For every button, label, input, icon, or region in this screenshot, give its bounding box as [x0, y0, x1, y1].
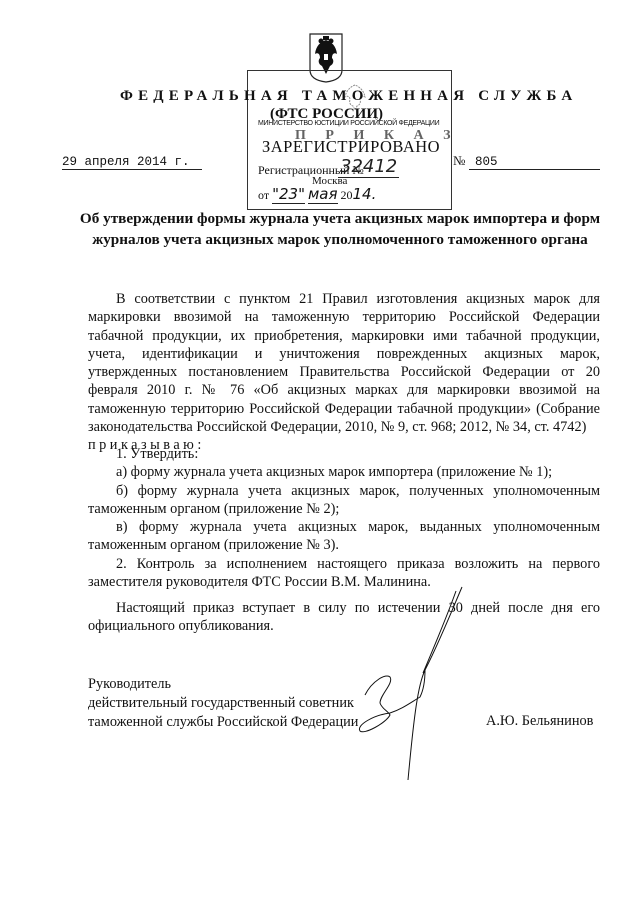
order-items: 1. Утвердить: а) форму журнала учета акц… [88, 445, 600, 591]
stamp-date-day: "23" [272, 185, 305, 204]
organization-name: ФЕДЕРАЛЬНАЯ ТАМОЖЕННАЯ СЛУЖБА [120, 88, 550, 105]
preamble-section: В соответствии с пунктом 21 Правил изгот… [88, 290, 600, 455]
signer-name: А.Ю. Бельянинов [486, 713, 593, 730]
stamp-registration-date: от "23" мая 2014. [258, 185, 376, 203]
signer-title: Руководитель действительный государствен… [88, 675, 358, 732]
stamp-ministry: МИНИСТЕРСТВО ЮСТИЦИИ РОССИЙСКОЙ ФЕДЕРАЦИ… [258, 120, 439, 127]
order-item-2: 2. Контроль за исполнением настоящего пр… [88, 555, 600, 592]
signer-title-line-2: действительный государственный советник [88, 694, 358, 713]
order-date: 29 апреля 2014 г. [62, 155, 202, 170]
stamp-status: ЗАРЕГИСТРИРОВАНО [262, 137, 440, 157]
final-paragraph: Настоящий приказ вступает в силу по исте… [88, 599, 600, 636]
signer-title-line-1: Руководитель [88, 675, 358, 694]
document-title: Об утверждении формы журнала учета акциз… [60, 208, 620, 250]
order-item-1: 1. Утвердить: [88, 445, 600, 463]
preamble-paragraph: В соответствии с пунктом 21 Правил изгот… [88, 290, 600, 436]
signer-title-line-3: таможенной службы Российской Федерации [88, 713, 358, 732]
order-number: 805 [469, 155, 600, 170]
order-number-label: № [453, 153, 465, 169]
order-item-1c: в) форму журнала учета акцизных марок, в… [88, 518, 600, 555]
stamp-date-prefix: от [258, 188, 269, 202]
order-item-1b: б) форму журнала учета акцизных марок, п… [88, 482, 600, 519]
handwritten-signature-icon [350, 585, 480, 785]
stamp-date-month: мая [308, 185, 338, 204]
stamp-date-year-prefix: 20 [341, 188, 353, 202]
stamp-date-year-suffix: 14. [353, 185, 377, 203]
final-section: Настоящий приказ вступает в силу по исте… [88, 599, 600, 636]
order-item-1a: а) форму журнала учета акцизных марок им… [88, 463, 600, 481]
